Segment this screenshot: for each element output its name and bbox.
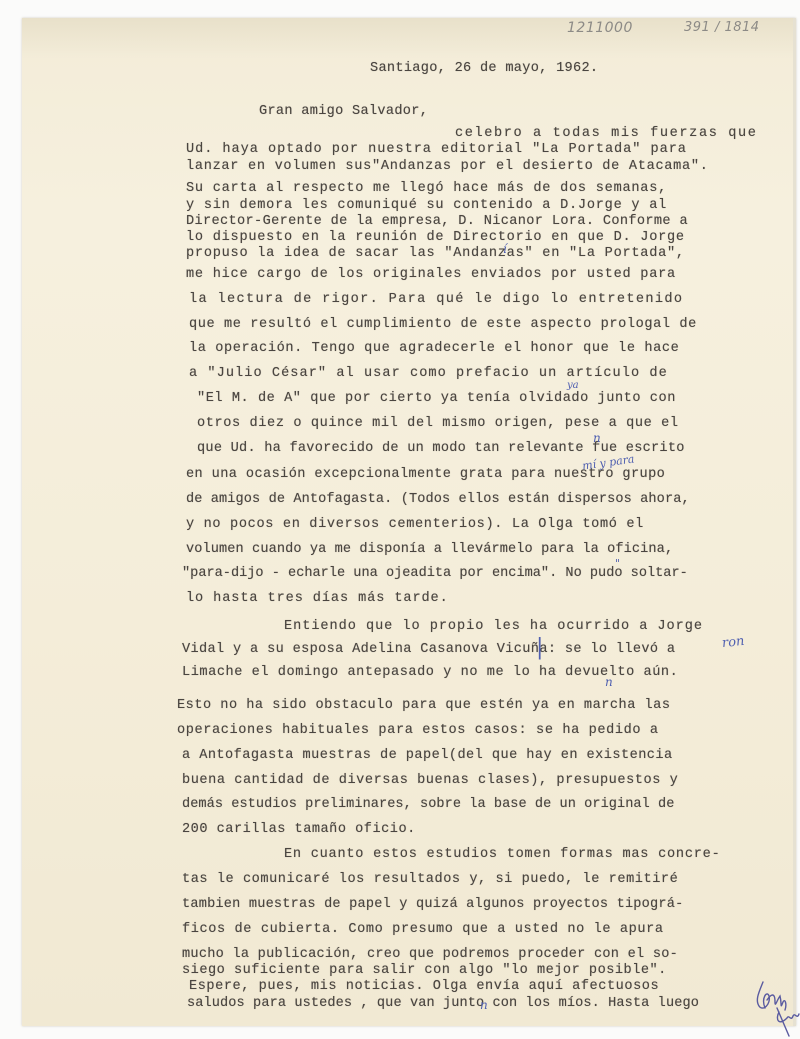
archive-mark-left: 1211000 bbox=[567, 20, 633, 36]
body-line: operaciones habituales para estos casos:… bbox=[177, 724, 659, 738]
body-line: "El M. de A" que por cierto ya tenía olv… bbox=[197, 392, 676, 406]
annotation-ha-n: n bbox=[605, 676, 613, 688]
body-line: y sin demora les comuniqué su contenido … bbox=[186, 199, 667, 213]
archive-mark-right: 391 / 1814 bbox=[684, 20, 760, 35]
annotation-accent-andanzas: í bbox=[503, 243, 507, 255]
body-line: me hice cargo de los originales enviados… bbox=[186, 268, 676, 282]
body-line: celebro a todas mis fuerzas que bbox=[455, 127, 758, 141]
body-line: Limache el domingo antepasado y no me lo… bbox=[182, 666, 678, 680]
annotation-separator: | bbox=[536, 637, 543, 659]
body-line: siego suficiente para salir con algo "lo… bbox=[182, 964, 667, 978]
body-line: Espere, pues, mis noticias. Olga envía a… bbox=[189, 980, 659, 994]
body-line: 200 carillas tamaño oficio. bbox=[182, 823, 416, 837]
annotation-relevante-n: n bbox=[593, 432, 601, 444]
body-line: otros diez o quince mil del mismo origen… bbox=[197, 417, 679, 431]
salutation: Gran amigo Salvador, bbox=[259, 105, 428, 119]
body-line: demás estudios preliminares, sobre la ba… bbox=[182, 798, 674, 812]
body-line: "para-dijo - echarle una ojeadita por en… bbox=[182, 567, 688, 581]
body-line: Director-Gerente de la empresa, D. Nican… bbox=[186, 215, 688, 229]
body-line: saludos para ustedes , que van junto con… bbox=[187, 997, 699, 1011]
body-line: lo dispuesto en la reunión de Directorio… bbox=[186, 231, 685, 245]
annotation-ya: ya bbox=[567, 381, 579, 391]
body-line: y no pocos en diversos cementerios). La … bbox=[186, 518, 644, 532]
body-line: Esto no ha sido obstaculo para que estén… bbox=[177, 699, 670, 713]
body-line: Entiendo que lo propio les ha ocurrido a… bbox=[284, 620, 703, 634]
annotation-ron: ron bbox=[721, 635, 745, 650]
annotation-closing-quote: " bbox=[615, 558, 620, 569]
body-line: tambien muestras de papel y quizá alguno… bbox=[182, 898, 683, 912]
body-line: la lectura de rigor. Para qué le digo lo… bbox=[189, 293, 683, 307]
letter-page: 1211000 391 / 1814 Santiago, 26 de mayo,… bbox=[22, 18, 796, 1026]
body-line: a "Julio César" al usar como prefacio un… bbox=[189, 367, 668, 381]
body-line: Ud. haya optado por nuestra editorial "L… bbox=[186, 143, 687, 157]
annotation-van-n: n bbox=[480, 999, 488, 1011]
body-line: propuso la idea de sacar las "Andanzas" … bbox=[186, 247, 685, 261]
body-line: lo hasta tres días más tarde. bbox=[186, 592, 449, 606]
body-line: En cuanto estos estudios tomen formas ma… bbox=[284, 848, 720, 862]
body-line: volumen cuando ya me disponía a llevárme… bbox=[186, 543, 673, 557]
body-line: Vidal y a su esposa Adelina Casanova Vic… bbox=[182, 643, 675, 657]
body-line: de amigos de Antofagasta. (Todos ellos e… bbox=[186, 493, 690, 507]
date-line: Santiago, 26 de mayo, 1962. bbox=[370, 62, 598, 76]
body-line: que Ud. ha favorecido de un modo tan rel… bbox=[197, 442, 685, 456]
body-line: mucho la publicación, creo que podremos … bbox=[182, 948, 678, 962]
body-line: a Antofagasta muestras de papel(del que … bbox=[182, 749, 673, 763]
signature-icon bbox=[749, 978, 800, 1039]
body-line: lanzar en volumen sus"Andanzas por el de… bbox=[186, 160, 709, 174]
body-line: la operación. Tengo que agradecerle el h… bbox=[189, 342, 679, 356]
body-line: buena cantidad de diversas buenas clases… bbox=[182, 774, 678, 788]
body-line: Su carta al respecto me llegó hace más d… bbox=[186, 182, 667, 196]
body-line: tas le comunicaré los resultados y, si p… bbox=[182, 873, 678, 887]
body-line: ficos de cubierta. Como presumo que a us… bbox=[182, 923, 664, 937]
body-line: que me resultó el cumplimiento de este a… bbox=[189, 318, 697, 332]
